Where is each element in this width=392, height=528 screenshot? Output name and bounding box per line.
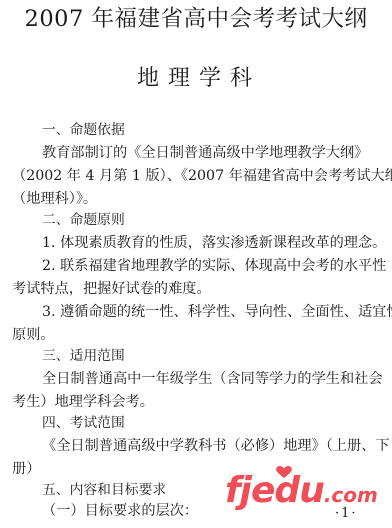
paragraph-line: 册）	[12, 459, 40, 479]
section-heading-4: 四、考试范围	[42, 413, 125, 433]
paragraph-line: 3. 遵循命题的统一性、科学性、导向性、全面性、适宜性	[42, 302, 392, 322]
paragraph-line: 《全日制普通高级中学教科书（必修）地理》（上册、下	[42, 436, 390, 456]
paragraph-line: （2002 年 4 月第 1 版）、《2007 年福建省高中会考考试大纲	[12, 166, 392, 186]
heart-icon	[275, 465, 293, 479]
subject-title: 地理学科	[0, 64, 392, 94]
section-heading-5: 五、内容和目标要求	[42, 480, 166, 500]
paragraph-line: （地理科）》。	[12, 189, 97, 209]
section-heading-3: 三、适用范围	[42, 346, 125, 366]
paragraph-line: 全日制普通高中一年级学生（含同等学力的学生和社会	[42, 369, 383, 389]
section-heading-1: 一、命题依据	[42, 120, 125, 140]
paragraph-line: （一）目标要求的层次：	[42, 501, 198, 521]
document-title: 2007 年福建省高中会考考试大纲	[0, 4, 392, 34]
paragraph-line: 教育部制订的《全日制普通高级中学地理教学大纲》	[42, 143, 368, 163]
paragraph-line: 考生）地理学科会考。	[12, 392, 154, 412]
fjedu-watermark: fjedu.com	[225, 468, 385, 514]
paragraph-line: 1. 体现素质教育的性质，落实渗透新课程改革的理念。	[42, 233, 386, 253]
paragraph-line: 2. 联系福建省地理教学的实际、体现高中会考的水平性	[42, 256, 386, 276]
watermark-suffix: .com	[324, 483, 378, 507]
paragraph-line: 原则。	[12, 325, 55, 345]
section-heading-2: 二、命题原则	[42, 210, 125, 230]
paragraph-line: 考试特点，把握好试卷的难度。	[12, 279, 211, 299]
page-number: ·1·	[335, 506, 358, 522]
